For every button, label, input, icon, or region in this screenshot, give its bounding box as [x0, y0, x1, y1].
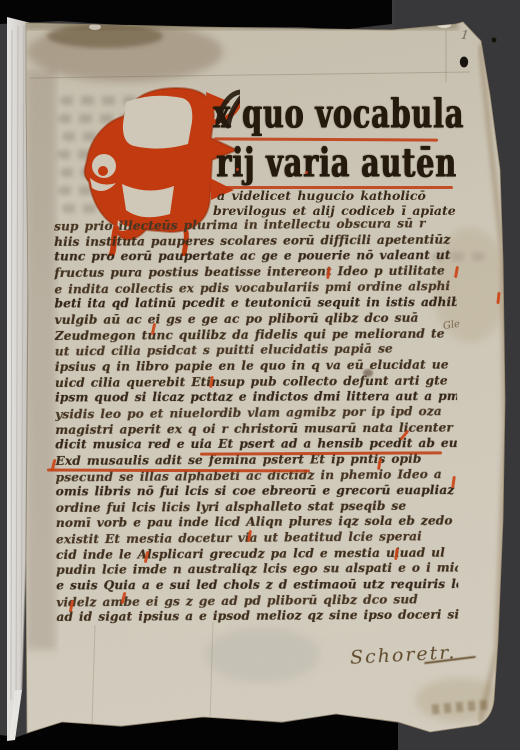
rubric-dot: [305, 171, 308, 174]
rubric-dot: [236, 168, 239, 171]
heading-line-1: x quo vocabula: [213, 90, 464, 137]
heading-subline-1: a videlicet hugucio katholicō: [217, 188, 426, 203]
body-text: sup prio illecteūs plurima in intellectu…: [54, 217, 458, 627]
wormhole: [460, 57, 468, 68]
manuscript-photo: 1 x quo vocabula rij varia autēn a videl…: [0, 0, 520, 750]
text-line: ad id sigat ipsius a e ipsod melioz qz s…: [56, 608, 458, 626]
margin-note: Gle: [442, 319, 460, 332]
heading-line-2: rij varia autēn: [216, 139, 457, 186]
